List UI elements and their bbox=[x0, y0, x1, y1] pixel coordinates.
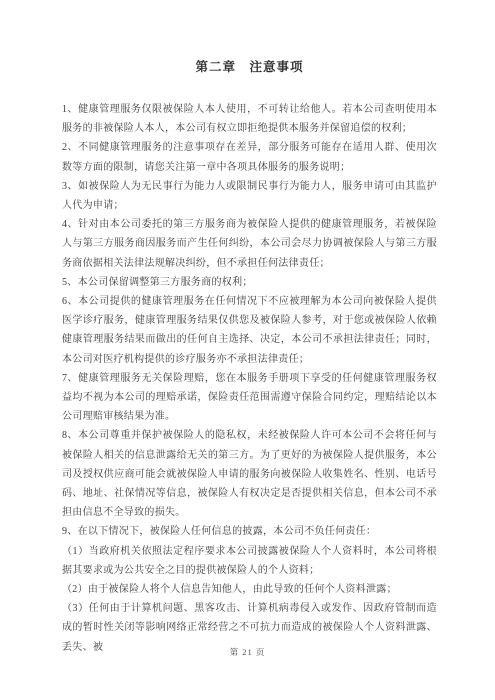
paragraph-6: 6、本公司提供的健康管理服务在任何情况下不应被理解为本公司向被保险人提供医学诊疗… bbox=[62, 292, 437, 369]
paragraph-2: 2、不同健康管理服务的注意事项存在差异，部分服务可能存在适用人群、使用次数等方面… bbox=[62, 138, 437, 176]
paragraph-9-sub-2: （2）由于被保险人将个人信息告知他人，由此导致的任何个人资料泄露； bbox=[62, 580, 437, 599]
paragraph-3: 3、如被保险人为无民事行为能力人或限制民事行为能力人，服务申请可由其监护人代为申… bbox=[62, 177, 437, 215]
paragraph-1: 1、健康管理服务仅限被保险人本人使用，不可转让给他人。若本公司查明使用本服务的非… bbox=[62, 100, 437, 138]
page-footer: 第 21 页 bbox=[0, 646, 495, 658]
paragraph-7: 7、健康管理服务无关保险理赔，您在本服务手册项下享受的任何健康管理服务权益均不视… bbox=[62, 369, 437, 427]
paragraph-8: 8、本公司尊重并保护被保险人的隐私权，未经被保险人许可本公司不会将任何与被保险人… bbox=[62, 426, 437, 522]
document-page: 第二章 注意事项 1、健康管理服务仅限被保险人本人使用，不可转让给他人。若本公司… bbox=[0, 0, 495, 700]
page-number: 第 21 页 bbox=[230, 647, 266, 657]
paragraph-4: 4、针对由本公司委托的第三方服务商为被保险人提供的健康管理服务，若被保险人与第三… bbox=[62, 215, 437, 273]
paragraph-9-sub-1: （1）当政府机关依照法定程序要求本公司披露被保险人个人资料时，本公司将根据其要求… bbox=[62, 542, 437, 580]
paragraph-9: 9、在以下情况下，被保险人任何信息的披露，本公司不负任何责任： bbox=[62, 522, 437, 541]
document-body: 1、健康管理服务仅限被保险人本人使用，不可转让给他人。若本公司查明使用本服务的非… bbox=[62, 100, 437, 657]
chapter-title: 第二章 注意事项 bbox=[62, 58, 437, 76]
paragraph-5: 5、本公司保留调整第三方服务商的权利； bbox=[62, 273, 437, 292]
